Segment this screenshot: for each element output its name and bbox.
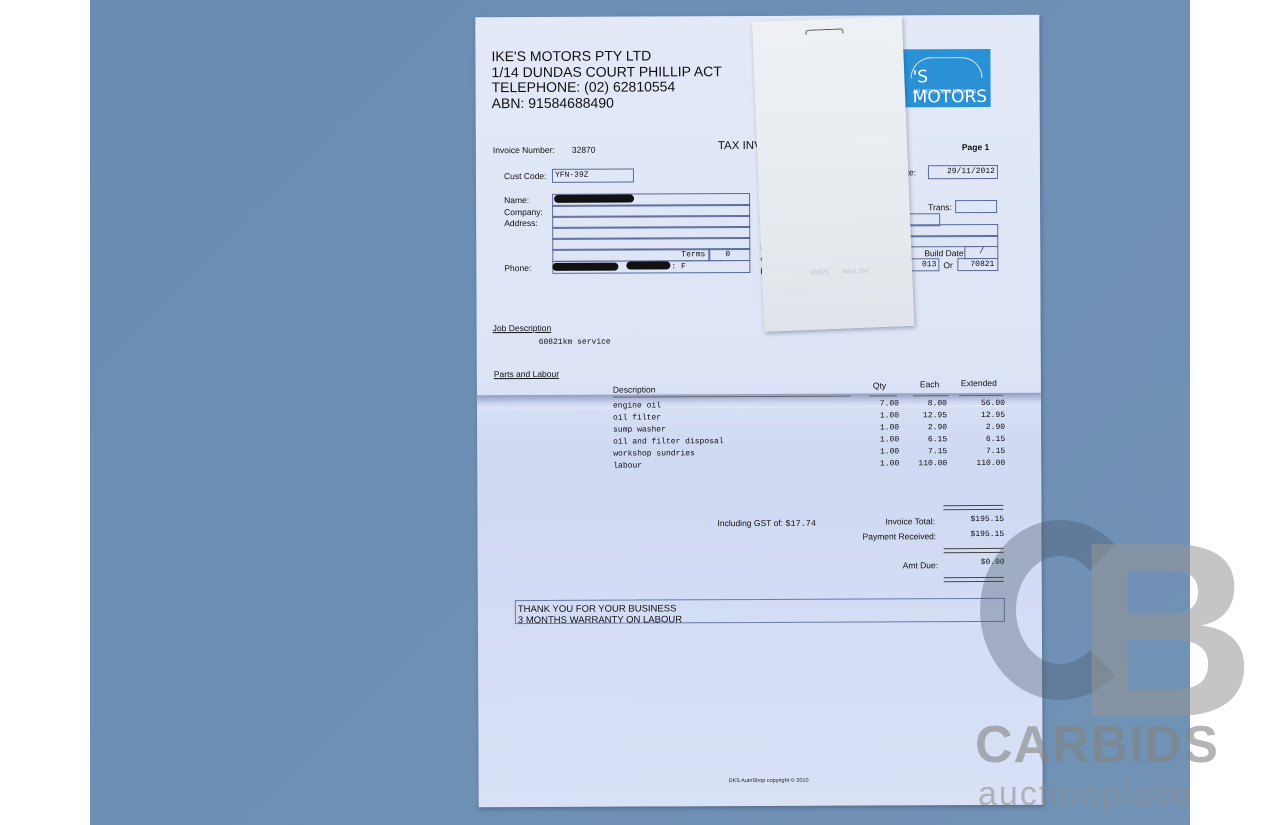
ghost-next-service: Next Svc — [842, 267, 870, 275]
odometer-label: Or — [943, 260, 952, 270]
invoice-total-label: Invoice Total: — [885, 516, 935, 526]
job-description-text: 60821km service — [539, 338, 611, 347]
copyright-text: DKS AutoShop copyright © 2010 — [729, 778, 809, 784]
company-name: IKE'S MOTORS PTY LTD — [491, 48, 721, 65]
carbids-watermark: B CARBIDS auctionplace — [975, 505, 1260, 815]
date-field: 29/11/2012 — [928, 165, 998, 179]
table-row: oil filter1.0012.9512.95 — [475, 15, 1039, 17]
column-qty: Qty — [873, 380, 886, 390]
table-row: engine oil7.008.0056.00 — [475, 15, 1039, 17]
cell-extended: 56.00 — [959, 399, 1005, 408]
redacted-phone-2 — [626, 261, 670, 269]
table-row: workshop sundries1.007.157.15 — [475, 15, 1039, 17]
cell-description: sump washer — [613, 425, 853, 435]
cell-description: engine oil — [613, 401, 853, 411]
table-row: labour1.00110.00110.00 — [475, 15, 1039, 17]
cell-qty: 1.00 — [863, 459, 899, 468]
invoice-number-label: Invoice Number: — [493, 145, 555, 155]
cust-code-field: YFN-39Z — [552, 169, 634, 183]
trans-label: Trans: — [928, 202, 952, 212]
table-row: sump washer1.002.902.90 — [475, 15, 1039, 17]
cell-each: 12.95 — [907, 411, 947, 420]
terms-label: Terms — [681, 250, 705, 259]
cell-qty: 7.00 — [863, 399, 899, 408]
logo-text: 'S MOTORS — [913, 67, 991, 107]
cell-description: workshop sundries — [613, 449, 853, 459]
cell-extended: 6.15 — [959, 435, 1005, 444]
page-number: Page 1 — [962, 142, 989, 152]
trans-field — [955, 200, 997, 213]
company-logo: 'S MOTORS AR SERVICE & REPAIRS — [900, 49, 990, 107]
staple-icon — [805, 28, 843, 35]
year-value: 013 — [922, 260, 936, 269]
phone-suffix: : F — [671, 262, 685, 271]
cell-each: 8.00 — [907, 399, 947, 408]
cell-description: oil and filter disposal — [613, 437, 853, 447]
column-each: Each — [920, 379, 939, 389]
cell-each: 7.15 — [907, 447, 947, 456]
address-label: Address: — [504, 218, 538, 228]
invoice-number: 32870 — [572, 145, 596, 155]
payment-received-label: Payment Received: — [863, 531, 937, 541]
cell-each: 2.90 — [907, 423, 947, 432]
watermark-tagline: auctionplace — [978, 775, 1193, 814]
odometer-value: 70821 — [970, 260, 994, 269]
column-extended: Extended — [961, 378, 997, 388]
cell-description: oil filter — [613, 413, 853, 423]
cell-qty: 1.00 — [863, 411, 899, 420]
footer-message-box: THANK YOU FOR YOUR BUSINESS 3 MONTHS WAR… — [515, 598, 1005, 624]
name-label: Name: — [504, 195, 529, 205]
header-underline — [913, 395, 949, 396]
service-sticker-note: 60821 Next Svc — [752, 16, 914, 332]
header-underline — [869, 395, 897, 396]
cust-code-label: Cust Code: — [504, 171, 547, 181]
ghost-odometer: 60821 — [810, 269, 830, 277]
cell-qty: 1.00 — [863, 435, 899, 444]
company-telephone: TELEPHONE: (02) 62810554 — [492, 79, 722, 96]
redacted-name — [554, 195, 634, 203]
column-description: Description — [613, 384, 656, 394]
build-date-value: / — [979, 247, 984, 256]
company-header: IKE'S MOTORS PTY LTD 1/14 DUNDAS COURT P… — [491, 48, 722, 111]
date-value: 29/11/2012 — [947, 167, 995, 176]
cell-extended: 7.15 — [959, 447, 1005, 456]
terms-value: 0 — [725, 250, 730, 259]
footer-line-2: 3 MONTHS WARRANTY ON LABOUR — [516, 613, 1004, 626]
gst-label: Including GST of: $17.74 — [717, 518, 816, 529]
watermark-brand: CARBIDS — [975, 715, 1219, 775]
cell-extended: 12.95 — [959, 411, 1005, 420]
document-title: TAX INV — [718, 140, 762, 152]
redacted-phone-1 — [552, 263, 618, 271]
cell-qty: 1.00 — [863, 447, 899, 456]
odometer-field: 70821 — [957, 258, 998, 271]
cell-each: 6.15 — [907, 435, 947, 444]
build-date-label: Build Date: — [924, 248, 966, 258]
cell-extended: 110.00 — [959, 459, 1005, 468]
cell-description: labour — [613, 461, 853, 471]
parts-table: Description Qty Each Extended engine oil… — [475, 15, 1039, 17]
job-description-heading: Job Description — [493, 323, 552, 333]
header-underline — [959, 395, 1003, 396]
cell-each: 110.00 — [907, 459, 947, 468]
parts-labour-heading: Parts and Labour — [494, 369, 559, 379]
cell-extended: 2.90 — [959, 423, 1005, 432]
amt-due-label: Amt Due: — [903, 560, 938, 570]
parts-rows: engine oil7.008.0056.00oil filter1.0012.… — [475, 15, 1039, 17]
logo-subtext: AR SERVICE & REPAIRS — [913, 89, 977, 95]
cell-qty: 1.00 — [863, 423, 899, 432]
company-abn: ABN: 91584688490 — [492, 95, 722, 112]
phone-label: Phone: — [504, 263, 531, 273]
gst-value: $17.74 — [785, 519, 816, 529]
cust-code-value: YFN-39Z — [555, 171, 589, 180]
table-row: oil and filter disposal1.006.156.15 — [475, 15, 1039, 17]
company-label: Company: — [504, 207, 543, 217]
